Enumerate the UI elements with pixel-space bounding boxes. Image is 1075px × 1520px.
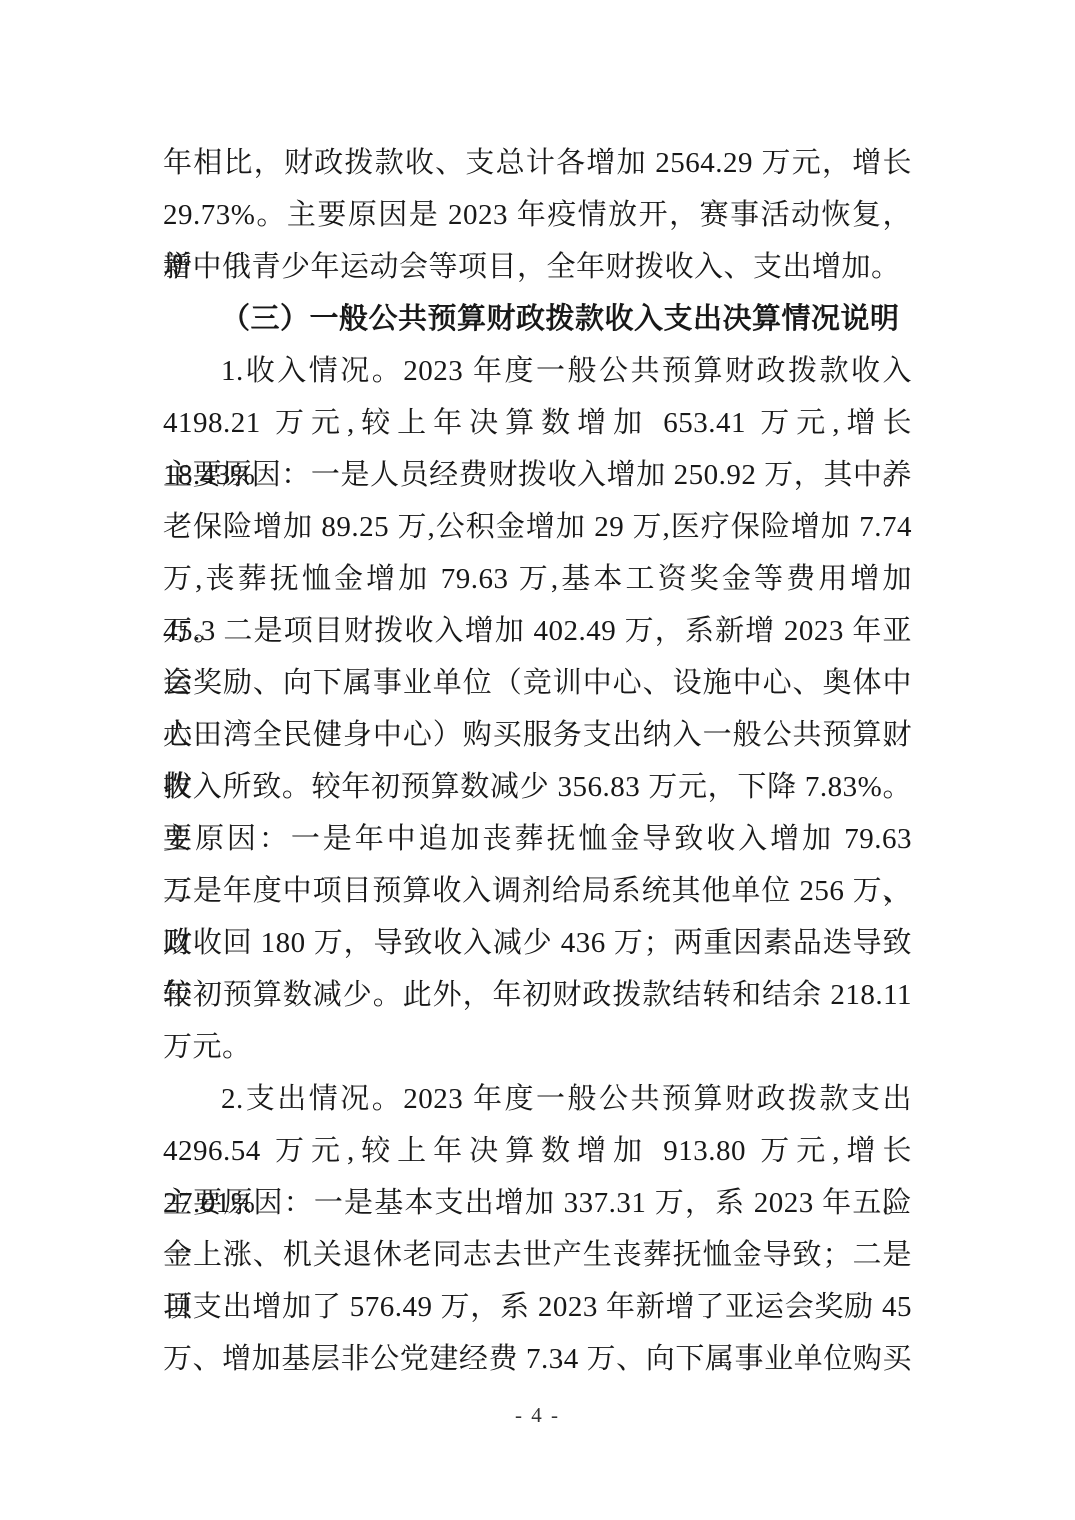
text-line: 政收回 180 万，导致收入减少 436 万；两重因素品迭导致较 (163, 917, 912, 969)
page-number: - 4 - (0, 1400, 1075, 1430)
text-line: 主要原因：一是人员经费财拨收入增加 250.92 万，其中养 (163, 449, 912, 501)
text-line: 万。二是项目财拨收入增加 402.49 万，系新增 2023 年亚运 (163, 605, 912, 657)
text-line: 目支出增加了 576.49 万，系 2023 年新增了亚运会奖励 45 (163, 1281, 912, 1333)
text-line: 29.73%。主要原因是 2023 年疫情放开，赛事活动恢复，新 (163, 189, 912, 241)
text-line: 万,丧葬抚恤金增加 79.63 万,基本工资奖金等费用增加 45.3 (163, 553, 912, 605)
paragraph-start: 2.支出情况。2023 年度一般公共预算财政拨款支出 (163, 1073, 912, 1125)
text-line: 要原因：一是年中追加丧葬抚恤金导致收入增加 79.63 万， (163, 813, 912, 865)
text-line: 增中俄青少年运动会等项目，全年财拨收入、支出增加。 (163, 241, 912, 293)
document-page: 年相比，财政拨款收、支总计各增加 2564.29 万元，增长 29.73%。主要… (0, 0, 1075, 1520)
text-line: 金上涨、机关退休老同志去世产生丧葬抚恤金导致；二是项 (163, 1229, 912, 1281)
text-line: 主要原因：一是基本支出增加 337.31 万，系 2023 年五险一 (163, 1177, 912, 1229)
paragraph-start: 1.收入情况。2023 年度一般公共预算财政拨款收入 (163, 345, 912, 397)
text-line: 大田湾全民健身中心）购买服务支出纳入一般公共预算财拨 (163, 709, 912, 761)
text-line: 年初预算数减少。此外，年初财政拨款结转和结余 218.11 (163, 969, 912, 1021)
text-line: 4296.54 万元,较上年决算数增加 913.80 万元,增长 27.01%。 (163, 1125, 912, 1177)
text-line: 万、增加基层非公党建经费 7.34 万、向下属事业单位购买 (163, 1333, 912, 1385)
text-line: 年相比，财政拨款收、支总计各增加 2564.29 万元，增长 (163, 137, 912, 189)
section-heading: （三）一般公共预算财政拨款收入支出决算情况说明 (163, 293, 912, 345)
text-line: 会奖励、向下属事业单位（竞训中心、设施中心、奥体中心、 (163, 657, 912, 709)
text-line: 4198.21 万元,较上年决算数增加 653.41 万元,增长 18.43%。 (163, 397, 912, 449)
text-line: 二是年度中项目预算收入调剂给局系统其他单位 256 万、财 (163, 865, 912, 917)
text-line: 万元。 (163, 1021, 912, 1073)
text-line: 收入所致。较年初预算数减少 356.83 万元，下降 7.83%。主 (163, 761, 912, 813)
text-line: 老保险增加 89.25 万,公积金增加 29 万,医疗保险增加 7.74 (163, 501, 912, 553)
document-body: 年相比，财政拨款收、支总计各增加 2564.29 万元，增长 29.73%。主要… (163, 137, 912, 1385)
